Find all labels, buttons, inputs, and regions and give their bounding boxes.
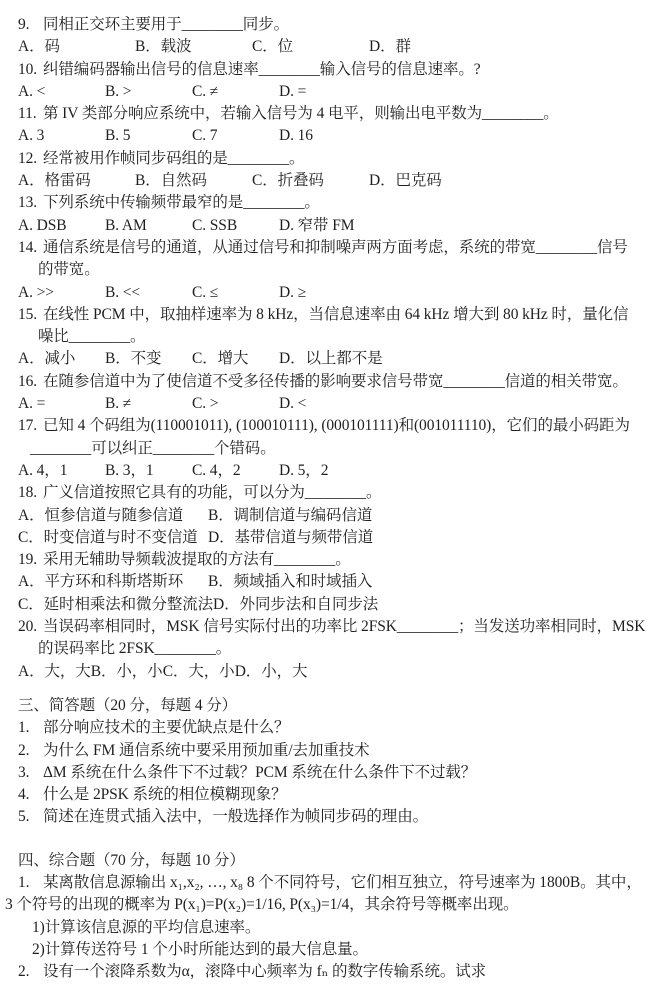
option-item: C. 4，2 [192,460,279,482]
option-item: B．自然码 [135,170,252,192]
question-number: 3. [18,762,43,784]
options-row: A．恒参信道与随参信道B．调制信道与编码信道 [18,505,635,527]
question-text: 在线性 PCM 中，取抽样速率为 8 kHz，当信息速率由 64 kHz 增大到… [43,306,628,323]
question-continuation: 噪比________。 [18,326,635,348]
question-line: 14.通信系统是信号的通道，从通过信号和抑制噪声两方面考虑，系统的带宽_____… [18,237,635,259]
option-item: A. 3 [18,125,105,147]
option-item: D．基带信道与频带信道 [208,527,398,549]
question-text: 已知 4 个码组为(110001011), (100010111), (0001… [43,417,630,434]
option-item: D．外同步法和自同步法 [213,594,403,616]
question-text: 经常被用作帧同步码组的是________。 [43,150,304,167]
option-item: D. 5，2 [279,460,366,482]
option-item: D．巴克码 [369,170,486,192]
question-number: 16. [18,371,43,393]
option-item: B．频域插入和时域插入 [208,571,398,593]
option-item: C．增大 [192,348,279,370]
question-line: 11.第 IV 类部分响应系统中，若输入信号为 4 电平，则输出电平数为____… [18,103,635,125]
question-number: 9. [18,14,43,36]
option-item: A. < [18,81,105,103]
question-number: 1. [18,717,43,739]
question-number: 11. [18,103,43,125]
question-text: 第 IV 类部分响应系统中，若输入信号为 4 电平，则输出电平数为_______… [43,105,559,122]
question-line: 13.下列系统中传输频带最窄的是________。 [18,192,635,214]
sub-question-line: 1)计算该信息源的平均信息速率。 [18,917,635,939]
option-item: B. AM [105,215,192,237]
question-continuation: 的误码率比 2FSK________。 [18,638,635,660]
option-item: B. ≠ [105,393,192,415]
question-text: 同相正交环主要用于________同步。 [43,16,289,33]
question-number: 14. [18,237,43,259]
option-item: C．时变信道与时不变信道 [18,527,208,549]
question-number: 5. [18,806,43,828]
question-line: 2.设有一个滚降系数为α，滚降中心频率为 fₙ 的数字传输系统。试求 [18,961,635,983]
option-item: D．以上都不是 [279,348,383,370]
options-row: C．时变信道与时不变信道D．基带信道与频带信道 [18,527,635,549]
option-item: C．位 [252,36,369,58]
options-row: A．码B．载波C．位D．群 [18,36,635,58]
option-item: B. << [105,282,192,304]
section-heading: 四、综合题（70 分，每题 10 分） [18,850,635,872]
options-row: C．延时相乘法和微分整流法D．外同步法和自同步法 [18,594,635,616]
option-item: C. SSB [192,215,279,237]
option-item: B．小，小 [91,661,163,683]
question-number: 15. [18,304,43,326]
question-text: 什么是 2PSK 系统的相位模糊现象？ [43,786,287,803]
question-line: 19.采用无辅助导频载波提取的方法有________。 [18,549,635,571]
question-number: 20. [18,616,43,638]
option-item: A．平方环和科斯塔斯环 [18,571,208,593]
question-line: 10.纠错编码器输出信号的信息速率________输入信号的信息速率。? [18,59,635,81]
option-item: D. = [279,81,366,103]
options-row: A. 4，1B. 3，1C. 4，2D. 5，2 [18,460,635,482]
option-item: D．群 [369,36,486,58]
question-text: 广义信道按照它具有的功能，可以分为________。 [43,484,381,501]
option-item: B．载波 [135,36,252,58]
option-item: A．减小 [18,348,105,370]
question-line: 12.经常被用作帧同步码组的是________。 [18,148,635,170]
option-item: D. 16 [279,125,366,147]
option-item: D．小，大 [235,661,308,683]
question-text: 简述在连贯式插入法中，一般选择作为帧同步码的理由。 [43,808,428,825]
exam-page: 9.同相正交环主要用于________同步。A．码B．载波C．位D．群10.纠错… [0,0,649,992]
question-text: 设有一个滚降系数为α，滚降中心频率为 fₙ 的数字传输系统。试求 [43,963,486,980]
option-item: A. = [18,393,105,415]
question-line: 1.部分响应技术的主要优缺点是什么？ [18,717,635,739]
options-row: A. >>B. <<C. ≤D. ≥ [18,282,635,304]
question-text: 为什么 FM 通信系统中要采用预加重/去加重技术 [43,742,370,759]
question-text: 部分响应技术的主要优缺点是什么？ [43,719,289,736]
question-text: 当误码率相同时，MSK 信号实际付出的功率比 2FSK________；当发送功… [43,618,645,635]
question-line: 4.什么是 2PSK 系统的相位模糊现象？ [18,784,635,806]
option-item: C．延时相乘法和微分整流法 [18,594,213,616]
option-item: A. 4，1 [18,460,105,482]
question-line: 1.某离散信息源输出 x₁,x₂, …, x₈ 8 个不同符号，它们相互独立，符… [18,872,635,894]
sub-question-line: 2)计算传送符号 1 个小时所能达到的最大信息量。 [18,939,635,961]
section-heading: 三、简答题（20 分，每题 4 分） [18,695,635,717]
question-text: 通信系统是信号的通道，从通过信号和抑制噪声两方面考虑，系统的带宽________… [43,239,628,256]
question-number: 10. [18,59,43,81]
question-number: 1. [18,872,43,894]
option-item: B. 3，1 [105,460,192,482]
options-row: A. 3B. 5C. 7D. 16 [18,125,635,147]
question-number: 19. [18,549,43,571]
question-line: 5.简述在连贯式插入法中，一般选择作为帧同步码的理由。 [18,806,635,828]
question-text: ΔM 系统在什么条件下不过载？PCM 系统在什么条件下不过载？ [43,764,476,781]
question-continuation: ________可以纠正________个错码。 [18,438,635,460]
question-text: 在随参信道中为了使信道不受多径传播的影响要求信号带宽________信道的相关带… [43,373,628,390]
question-continuation: 3 个符号的出现的概率为 P(x₁)=P(x₂)=1/16, P(x₃)=1/4… [5,894,635,916]
question-number: 17. [18,415,43,437]
question-text: 某离散信息源输出 x₁,x₂, …, x₈ 8 个不同符号，它们相互独立，符号速… [43,874,642,891]
option-item: C. 7 [192,125,279,147]
question-text: 下列系统中传输频带最窄的是________。 [43,194,320,211]
question-number: 18. [18,482,43,504]
spacer [18,683,635,695]
option-item: D. < [279,393,366,415]
option-item: A．大，大 [18,661,91,683]
option-item: A．恒参信道与随参信道 [18,505,208,527]
option-item: D. ≥ [279,282,366,304]
options-row: A．大，大B．小，小C．大，小D．小，大 [18,661,635,683]
question-text: 采用无辅助导频载波提取的方法有________。 [43,551,351,568]
option-item: A．码 [18,36,135,58]
option-item: A．格雷码 [18,170,135,192]
option-item: C. > [192,393,279,415]
option-item: A. >> [18,282,105,304]
question-line: 9.同相正交环主要用于________同步。 [18,14,635,36]
question-line: 20.当误码率相同时，MSK 信号实际付出的功率比 2FSK________；当… [18,616,635,638]
question-line: 15.在线性 PCM 中，取抽样速率为 8 kHz，当信息速率由 64 kHz … [18,304,635,326]
question-line: 17.已知 4 个码组为(110001011), (100010111), (0… [18,415,635,437]
options-row: A．平方环和科斯塔斯环B．频域插入和时域插入 [18,571,635,593]
question-continuation: 的带宽。 [18,259,635,281]
question-line: 3.ΔM 系统在什么条件下不过载？PCM 系统在什么条件下不过载？ [18,762,635,784]
options-row: A．减小B．不变C．增大D．以上都不是 [18,348,635,370]
options-row: A. <B. >C. ≠D. = [18,81,635,103]
option-item: C．大，小 [163,661,235,683]
option-item: A. DSB [18,215,105,237]
option-item: B. > [105,81,192,103]
options-row: A. =B. ≠C. >D. < [18,393,635,415]
question-number: 2. [18,740,43,762]
question-line: 18.广义信道按照它具有的功能，可以分为________。 [18,482,635,504]
options-row: A. DSBB. AMC. SSBD. 窄带 FM [18,215,635,237]
question-line: 2.为什么 FM 通信系统中要采用预加重/去加重技术 [18,740,635,762]
question-number: 4. [18,784,43,806]
question-number: 12. [18,148,43,170]
option-item: B．不变 [105,348,192,370]
spacer [18,829,635,850]
option-item: B. 5 [105,125,192,147]
option-item: C. ≠ [192,81,279,103]
options-row: A．格雷码B．自然码C．折叠码D．巴克码 [18,170,635,192]
option-item: D. 窄带 FM [279,215,366,237]
question-number: 13. [18,192,43,214]
question-line: 16.在随参信道中为了使信道不受多径传播的影响要求信号带宽________信道的… [18,371,635,393]
question-number: 2. [18,961,43,983]
option-item: C．折叠码 [252,170,369,192]
question-text: 纠错编码器输出信号的信息速率________输入信号的信息速率。? [43,61,481,78]
option-item: C. ≤ [192,282,279,304]
option-item: B．调制信道与编码信道 [208,505,398,527]
